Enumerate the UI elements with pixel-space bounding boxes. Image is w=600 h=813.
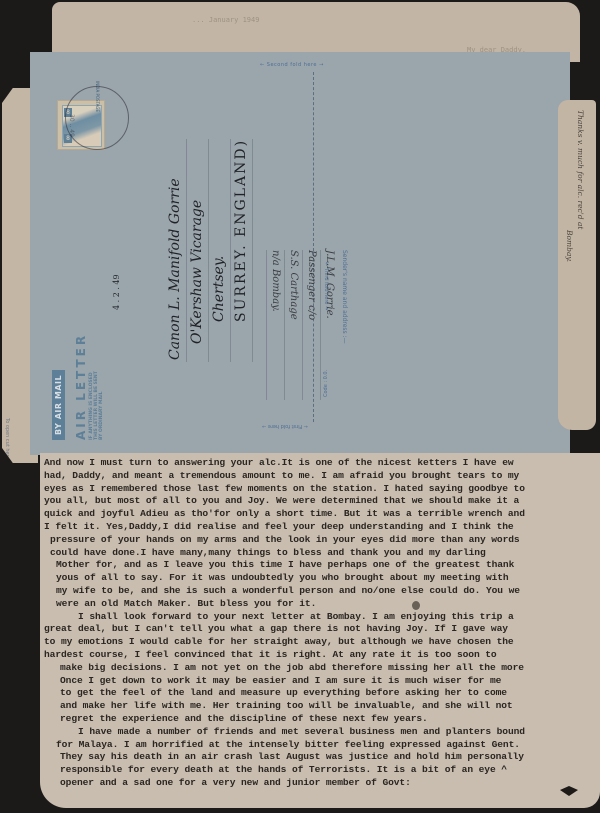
letter-line: responsible for every death at the hands… [44,764,596,777]
first-fold-label: ← First fold here → [262,423,308,429]
letter-line: eyes as I remembered those last few mome… [44,483,596,496]
by-air-mail-badge: BY AIR MAIL [52,370,65,440]
handwritten-date: 4 . 2 . 49 [112,274,121,310]
letter-line: They say his death in an air crash last … [44,751,596,764]
sender-line-3: S.S. Carthage [284,250,302,400]
right-side-flap: Thanks v. much for alc. rec'd at Bombay. [558,100,596,430]
sender-line-1: J.L.M. Gorrie. [320,250,338,400]
letter-line: yous of all to say. For it was undoubted… [44,572,596,585]
address-panel: ← Second fold here → ← Third fold here →… [30,52,570,455]
letter-line: my wife to be, and she is such a wonderf… [44,585,596,598]
letter-line: Once I get down to work it may be easier… [44,675,596,688]
sender-label: Sender's name and address :— [341,250,348,400]
letter-line: could have done.I have many,many things … [44,547,596,560]
letter-line: Mother for, and as I leave you this time… [44,559,596,572]
letter-line: pressure of your hands on my arms and th… [44,534,596,547]
letter-line: opener and a sad one for a very new and … [44,777,596,790]
letter-line: make big decisions. I am not yet on the … [44,662,596,675]
sender-block: Sender's name and address :— J.L.M. Gorr… [266,250,348,400]
addressee-block: Canon L. Manifold Gorrie O'Kershaw Vicar… [165,139,253,362]
letter-line: to get the feel of the land and measure … [44,687,596,700]
addressee-line-3: Chertsey. [209,139,231,362]
addressee-name: Canon L. Manifold Gorrie [165,139,187,362]
enclosure-warning: IF ANYTHING IS ENCLOSED THIS LETTER WILL… [89,371,104,440]
second-fold-label: ← Second fold here → [260,62,324,68]
ink-smudge [412,601,420,610]
letter-line: hardest course, I feel convinced that it… [44,649,596,662]
letter-line: for Malaya. I am horrified at the intens… [44,739,596,752]
letter-line: and make her life with me. Her training … [44,700,596,713]
air-letter-title: AIR LETTER [74,333,88,440]
faint-date-header: ... January 1949 [192,16,259,24]
letter-body: And now I must turn to answering your al… [44,457,596,790]
letter-line: quick and joyful Adieu as tho'for only a… [44,508,596,521]
addressee-line-2: O'Kershaw Vicarage [187,139,209,362]
handwritten-note: Thanks v. much for alc. rec'd at Bombay. [564,110,586,262]
letter-line: regret the experience and the discipline… [44,713,596,726]
letter-line: I felt it. Yes,Daddy,I did realise and f… [44,521,596,534]
open-here-instruction: To open cut here → [4,418,10,465]
addressee-line-4: SURREY. ENGLAND) [231,139,253,362]
letter-line: And now I must turn to answering your al… [44,457,596,470]
postmark-date: 30 .. 49 [68,114,75,137]
letter-line: had, Daddy, and meant a tremendous amoun… [44,470,596,483]
sender-line-4: n/a Bombay. [266,250,284,400]
letter-line: were an old Match Maker. But bless you f… [44,598,596,611]
airmail-labels: BY AIR MAIL AIR LETTER IF ANYTHING IS EN… [52,290,132,450]
letter-line: you all, but most of all to you and Joy.… [44,495,596,508]
typed-letter: And now I must turn to answering your al… [40,453,600,808]
letter-line: to my emotions I would cable for her str… [44,636,596,649]
letter-line: I have made a number of friends and met … [44,726,596,739]
fold-arrow-icon [560,790,578,796]
letter-line: great deal, but I can't tell you what a … [44,623,596,636]
sender-line-2: Passenger c/o [302,250,320,400]
letter-line: I shall look forward to your next letter… [44,611,596,624]
